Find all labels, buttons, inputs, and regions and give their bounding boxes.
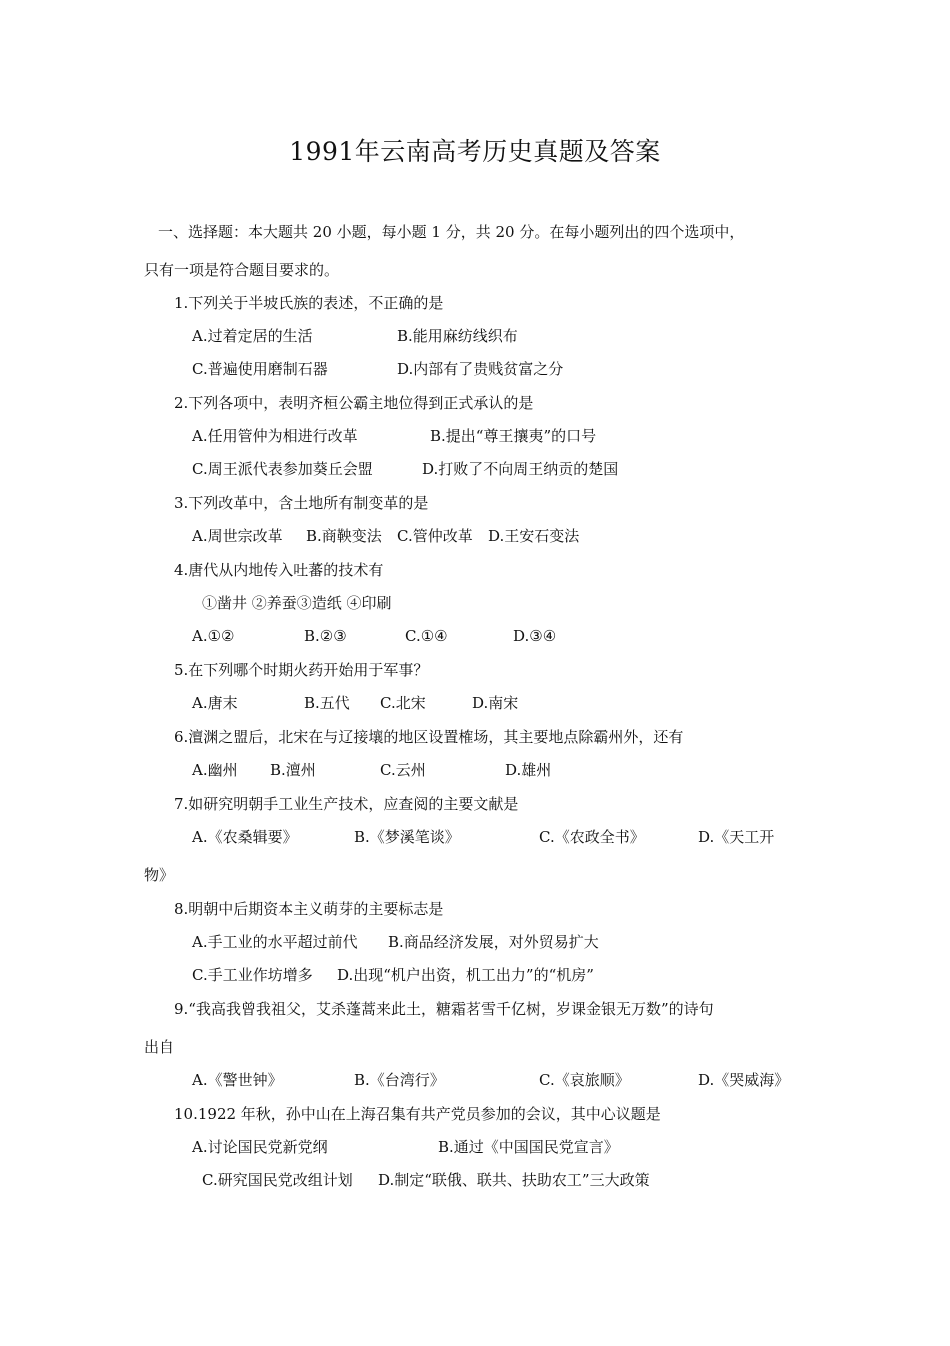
question-5-option-b: B.五代 <box>304 693 350 713</box>
question-10-option-d: D.制定“联俄、联共、扶助农工”三大政策 <box>378 1170 650 1190</box>
question-10-option-b: B.通过《中国国民党宣言》 <box>438 1137 619 1157</box>
question-3-option-d: D.王安石变法 <box>488 526 579 546</box>
question-2-stem: 2.下列各项中，表明齐桓公霸主地位得到正式承认的是 <box>174 393 533 413</box>
question-10-option-a: A.讨论国民党新党纲 <box>192 1137 328 1157</box>
question-3-stem: 3.下列改革中，含土地所有制变革的是 <box>174 493 428 513</box>
question-4-option-c: C.①④ <box>405 626 448 646</box>
question-9-option-d: D.《哭威海》 <box>698 1070 789 1090</box>
section-header-cont: 只有一项是符合题目要求的。 <box>144 260 339 280</box>
question-1-stem: 1.下列关于半坡氏族的表述，不正确的是 <box>174 293 443 313</box>
question-9-stem-wrap: 出自 <box>144 1037 174 1057</box>
question-4-option-a: A.①② <box>192 626 235 646</box>
question-5-option-d: D.南宋 <box>472 693 518 713</box>
question-7-option-c: C.《农政全书》 <box>539 827 645 847</box>
question-7-option-d-wrap: 物》 <box>144 865 174 885</box>
question-7-option-a: A.《农桑辑要》 <box>192 827 298 847</box>
question-6-option-a: A.幽州 <box>192 760 238 780</box>
question-2-option-a: A.任用管仲为相进行改革 <box>192 426 358 446</box>
question-5-option-a: A.唐末 <box>192 693 238 713</box>
question-3-option-c: C.管仲改革 <box>397 526 473 546</box>
document-title: 1991年云南高考历史真题及答案 <box>0 132 950 168</box>
question-6-option-b: B.澶州 <box>270 760 316 780</box>
question-3-option-b: B.商鞅变法 <box>306 526 382 546</box>
question-4-stem: 4.唐代从内地传入吐蕃的技术有 <box>174 560 383 580</box>
question-8-option-a: A.手工业的水平超过前代 <box>192 932 358 952</box>
question-2-option-c: C.周王派代表参加葵丘会盟 <box>192 459 373 479</box>
question-6-option-c: C.云州 <box>380 760 426 780</box>
question-7-stem: 7.如研究明朝手工业生产技术，应查阅的主要文献是 <box>174 794 518 814</box>
question-9-option-b: B.《台湾行》 <box>354 1070 445 1090</box>
question-10-option-c: C.研究国民党改组计划 <box>202 1170 353 1190</box>
question-8-stem: 8.明朝中后期资本主义萌芽的主要标志是 <box>174 899 443 919</box>
question-8-option-b: B.商品经济发展，对外贸易扩大 <box>388 932 599 952</box>
question-5-option-c: C.北宋 <box>380 693 426 713</box>
question-1-option-a: A.过着定居的生活 <box>192 326 313 346</box>
question-6-stem: 6.澶渊之盟后，北宋在与辽接壤的地区设置榷场，其主要地点除霸州外，还有 <box>174 727 683 747</box>
question-3-option-a: A.周世宗改革 <box>192 526 283 546</box>
question-9-option-c: C.《哀旅顺》 <box>539 1070 630 1090</box>
question-6-option-d: D.雄州 <box>505 760 551 780</box>
question-5-stem: 5.在下列哪个时期火药开始用于军事？ <box>174 660 428 680</box>
question-2-option-b: B.提出“尊王攘夷”的口号 <box>430 426 596 446</box>
section-header: 一、选择题：本大题共 20 小题，每小题 1 分，共 20 分。在每小题列出的四… <box>158 222 744 242</box>
question-4-option-b: B.②③ <box>304 626 347 646</box>
document-page: 1991年云南高考历史真题及答案 一、选择题：本大题共 20 小题，每小题 1 … <box>0 0 950 1346</box>
question-8-option-d: D.出现“机户出资，机工出力”的“机房” <box>337 965 594 985</box>
question-1-option-b: B.能用麻纺线织布 <box>397 326 518 346</box>
question-8-option-c: C.手工业作坊增多 <box>192 965 313 985</box>
question-2-option-d: D.打败了不向周王纳贡的楚国 <box>422 459 618 479</box>
question-4-items: ①凿井 ②养蚕③造纸 ④印刷 <box>202 593 392 613</box>
question-4-option-d: D.③④ <box>513 626 556 646</box>
question-1-option-d: D.内部有了贵贱贫富之分 <box>397 359 563 379</box>
question-9-stem: 9.“我高我曾我祖父，艾杀蓬蒿来此土，糖霜茗雪千亿树，岁课金银无万数”的诗句 <box>174 999 714 1019</box>
question-1-option-c: C.普遍使用磨制石器 <box>192 359 328 379</box>
question-7-option-d: D.《天工开 <box>698 827 774 847</box>
question-9-option-a: A.《警世钟》 <box>192 1070 283 1090</box>
question-10-stem: 10.1922 年秋，孙中山在上海召集有共产党员参加的会议，其中心议题是 <box>174 1104 661 1124</box>
question-7-option-b: B.《梦溪笔谈》 <box>354 827 460 847</box>
